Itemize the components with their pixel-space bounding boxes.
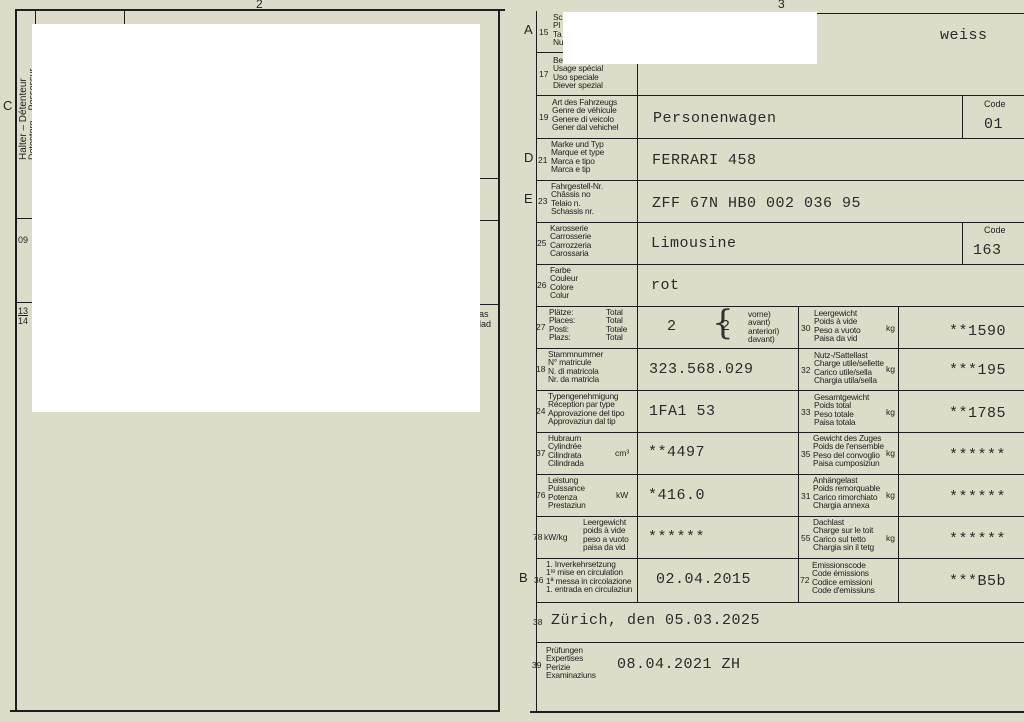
- field-18-value: 323.568.029: [649, 361, 754, 378]
- field-37-labels: HubraumCylindréeCilindrataCilindrada: [548, 434, 584, 468]
- field-35-labels: Gewicht des ZugesPoids de l'ensemblePeso…: [813, 434, 884, 468]
- partial-text-as: as: [479, 309, 489, 319]
- field-number: 31: [801, 491, 810, 501]
- field-15-labels: ScPlTaNu: [553, 13, 563, 47]
- field-23-labels: Fahrgestell-Nr.Châssis noTelaio n.Schass…: [551, 182, 603, 216]
- field-19-code: 01: [984, 116, 1003, 133]
- field-72-value: ***B5b: [900, 573, 1006, 590]
- field-36-labels: 1. Inverkehrsetzung1ʳᵉ mise en circulati…: [546, 560, 632, 594]
- field-25-value: Limousine: [651, 235, 737, 252]
- unit-kg: kg: [886, 448, 895, 458]
- field-15-value: weiss: [940, 27, 988, 44]
- unit-kg: kg: [886, 364, 895, 374]
- field-55-value: ******: [900, 531, 1006, 548]
- unit-kg: kg: [886, 490, 895, 500]
- field-number: 18: [536, 364, 545, 374]
- field-number: 39: [532, 660, 541, 670]
- side-letter-c: C: [3, 98, 12, 113]
- field-21-value: FERRARI 458: [652, 152, 757, 169]
- field-23-value: ZFF 67N HB0 002 036 95: [652, 195, 861, 212]
- field-number: 55: [801, 533, 810, 543]
- field-21-labels: Marke und TypMarque et typeMarca e tipoM…: [551, 140, 604, 174]
- panel-number-3: 3: [778, 0, 785, 11]
- field-number: 19: [539, 112, 548, 122]
- field-number: 25: [537, 238, 546, 248]
- field-number: 27: [536, 322, 545, 332]
- field-26-value: rot: [651, 277, 680, 294]
- field-32-value: ***195: [900, 362, 1006, 379]
- field-number: 17: [539, 69, 548, 79]
- side-letter-e: E: [524, 191, 533, 206]
- field-78-value: ******: [648, 529, 705, 546]
- partial-text-lad: lad: [479, 319, 491, 329]
- field-number-13: 13: [18, 306, 28, 316]
- unit-cm3: cm³: [615, 448, 629, 458]
- field-35-value: ******: [900, 447, 1006, 464]
- field-25-labels: KarosserieCarrosserieCarrozzeriaCarossar…: [550, 224, 591, 258]
- field-27-front-value: 2: [721, 318, 731, 335]
- field-36-value: 02.04.2015: [656, 571, 751, 588]
- field-27-total-labels: TotalTotalTotaleTotal: [606, 308, 627, 342]
- field-24-labels: TypengenehmigungRéception par typeApprov…: [548, 392, 624, 426]
- field-number: 76: [536, 490, 545, 500]
- unit-kg: kg: [886, 533, 895, 543]
- field-number: 36: [534, 575, 543, 585]
- field-76-labels: LeistungPuissancePotenzaPrestaziun: [548, 476, 586, 510]
- field-25-code: 163: [973, 242, 1002, 259]
- redacted-holder-block: [32, 24, 480, 412]
- field-38-value: Zürich, den 05.03.2025: [551, 612, 760, 629]
- field-number: 21: [538, 155, 547, 165]
- field-number-09: 09: [18, 235, 28, 245]
- field-number: 24: [536, 406, 545, 416]
- field-78-labels: Leergewichtpoids à videpeso a vuotopaisa…: [583, 518, 629, 552]
- field-number: 23: [538, 196, 547, 206]
- field-number: 37: [536, 448, 545, 458]
- field-32-labels: Nutz-/SattellastCharge utile/selletteCar…: [814, 351, 884, 385]
- field-26-labels: FarbeCouleurColoreColur: [550, 266, 578, 300]
- field-31-labels: AnhängelastPoids remorquableCarico rimor…: [813, 476, 880, 510]
- field-number: 78: [533, 532, 542, 542]
- side-letter-a: A: [524, 22, 533, 37]
- field-18-labels: StammnummerN° matriculeN. di matricolaNr…: [548, 350, 603, 384]
- unit-kw-per-kg: kW/kg: [544, 532, 568, 542]
- field-number-14: 14: [18, 316, 28, 326]
- unit-kg: kg: [886, 407, 895, 417]
- field-number: 15: [539, 27, 548, 37]
- field-33-labels: GesamtgewichtPoids totalPeso totalePaisa…: [814, 393, 869, 427]
- unit-kg: kg: [886, 323, 895, 333]
- field-76-value: *416.0: [648, 487, 705, 504]
- field-30-labels: LeergewichtPoids à videPeso a vuotoPaisa…: [814, 309, 861, 343]
- field-55-labels: DachlastCharge sur le toitCarico sul tet…: [813, 518, 874, 552]
- field-27-total-value: 2: [667, 318, 677, 335]
- field-25-code-label: Code: [984, 225, 1006, 235]
- side-letter-b: B: [519, 570, 528, 585]
- field-number: 30: [801, 323, 810, 333]
- field-39-labels: PrüfungenExpertisesPerizieExaminaziuns: [546, 646, 596, 680]
- field-number: 33: [801, 407, 810, 417]
- field-number: 35: [801, 449, 810, 459]
- field-number: 38: [533, 617, 542, 627]
- field-19-labels: Art des FahrzeugsGenre de véhiculeGenere…: [552, 98, 618, 132]
- field-72-labels: EmissionscodeCode émissionsCodice emissi…: [812, 561, 875, 595]
- field-19-code-label: Code: [984, 99, 1006, 109]
- unit-kw: kW: [616, 490, 628, 500]
- field-31-value: ******: [900, 489, 1006, 506]
- field-24-value: 1FA1 53: [649, 403, 716, 420]
- field-19-value: Personenwagen: [653, 110, 777, 127]
- field-39-value: 08.04.2021 ZH: [617, 656, 741, 673]
- field-27-front-labels: vorne)avant)anteriori)davant): [748, 310, 779, 344]
- field-37-value: **4497: [648, 444, 705, 461]
- field-number: 32: [801, 365, 810, 375]
- field-number: 72: [800, 575, 809, 585]
- field-27-labels: Plätze:Places:Posti:Plazs:: [549, 308, 575, 342]
- field-33-value: **1785: [900, 405, 1006, 422]
- field-30-value: **1590: [900, 323, 1006, 340]
- side-letter-d: D: [524, 150, 533, 165]
- field-number: 26: [537, 280, 546, 290]
- field-17-labels: BeUsage spécialUso specialeDiever spezia…: [553, 56, 603, 90]
